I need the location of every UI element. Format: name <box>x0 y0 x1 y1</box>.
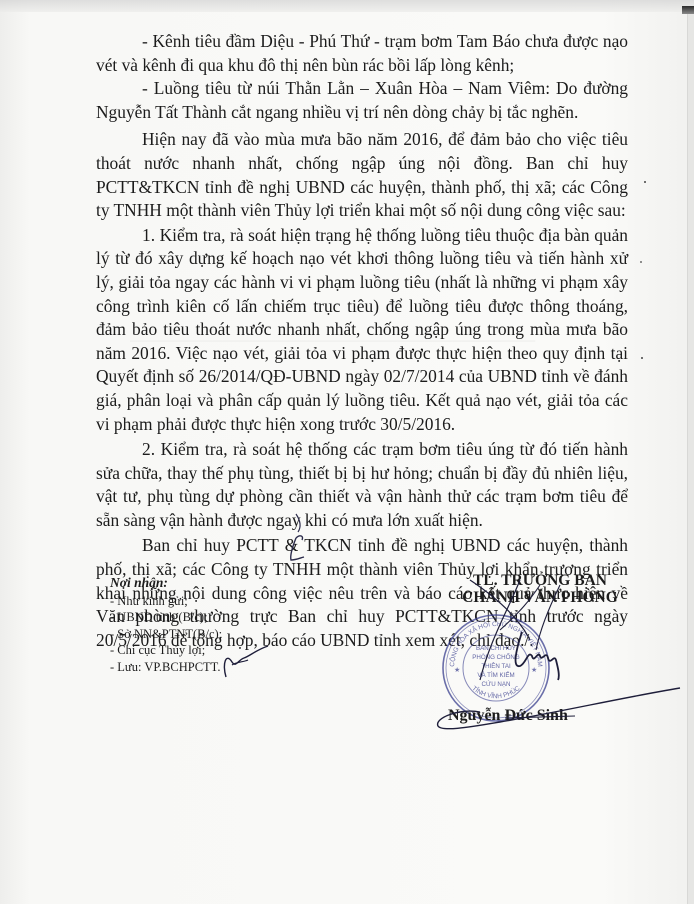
scanned-page: ────────────────────────────────────────… <box>0 0 694 904</box>
main-signature-icon <box>516 632 559 680</box>
signature-sweep-icon <box>438 688 680 729</box>
handwritten-signatures <box>0 0 694 904</box>
initials-signature-icon <box>224 646 268 677</box>
initial-mark-icon <box>291 536 304 560</box>
